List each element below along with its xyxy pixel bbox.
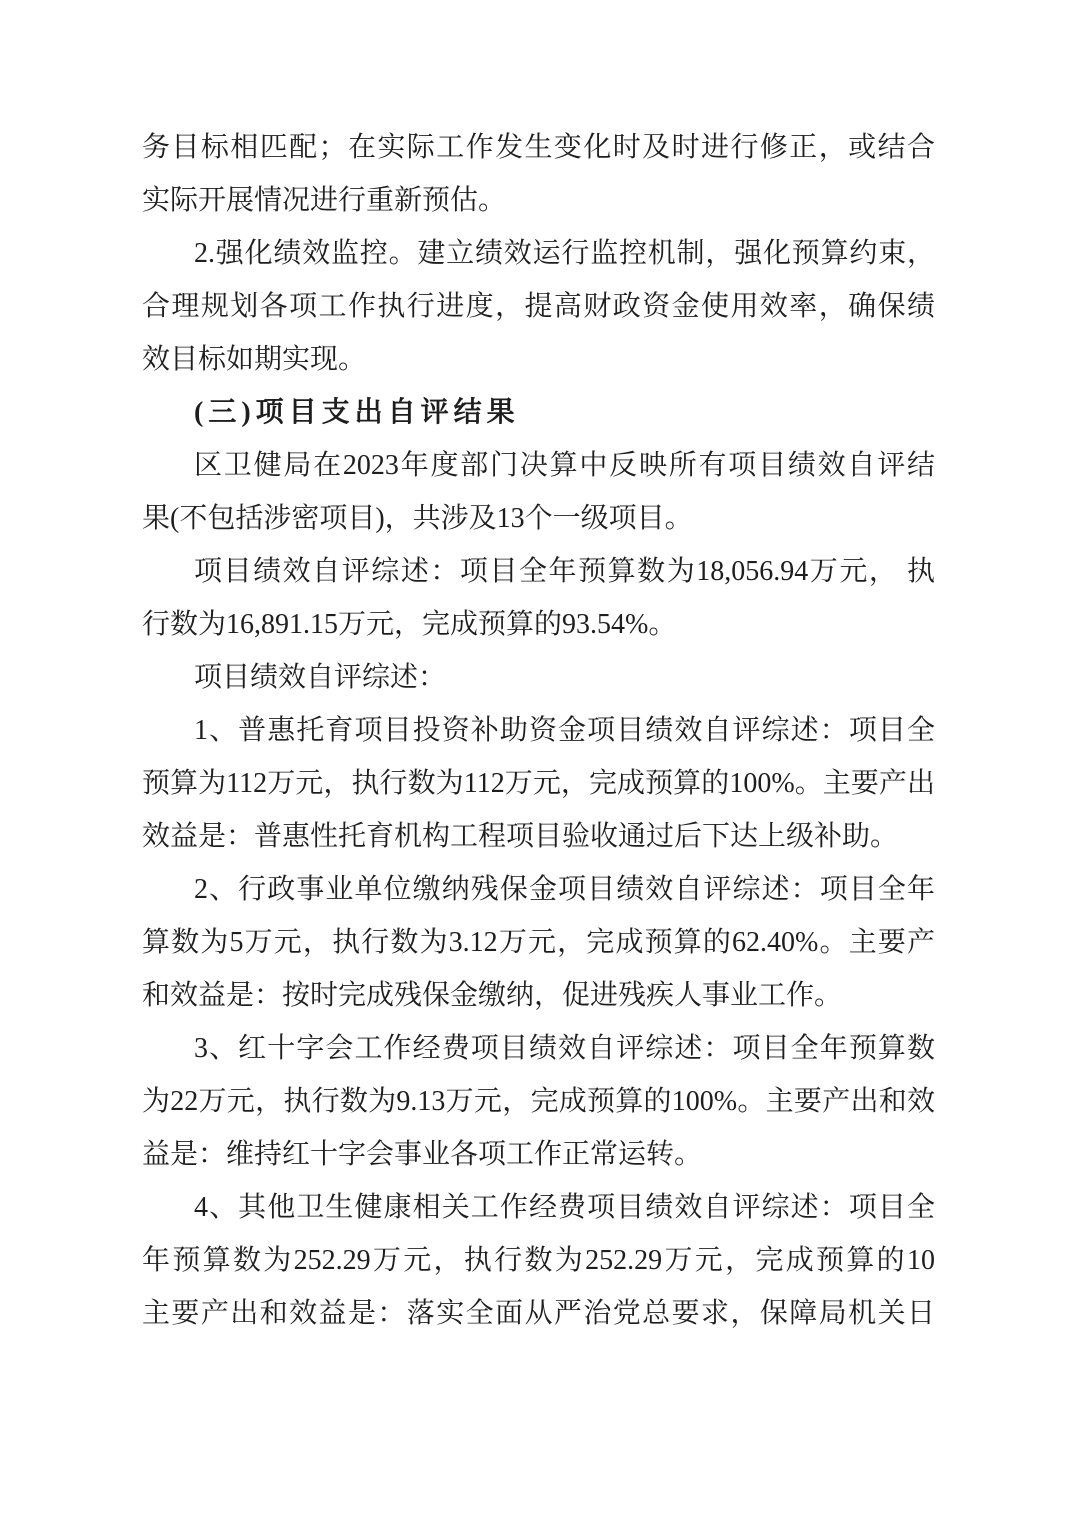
text-line: 项目绩效自评综述：项目全年预算数为18,056.94万元， 执 (142, 545, 935, 598)
text-line: 效目标如期实现。 (142, 333, 935, 386)
para-performance-target-revision: 务目标相匹配；在实际工作发生变化时及时进行修正，或结合实际开展情况进行重新预估。 (142, 121, 935, 227)
heading-project-expenditure-self-evaluation-results: (三)项目支出自评结果 (142, 386, 935, 439)
text-line: (三)项目支出自评结果 (142, 386, 935, 439)
text-line: 益是：维持红十字会事业各项工作正常运转。 (142, 1128, 935, 1181)
text-line: 1、普惠托育项目投资补助资金项目绩效自评综述：项目全年 (142, 704, 935, 757)
para-project-1-inclusive-childcare-subsidy: 1、普惠托育项目投资补助资金项目绩效自评综述：项目全年预算为112万元，执行数为… (142, 704, 935, 863)
text-line: 果(不包括涉密项目)，共涉及13个一级项目。 (142, 492, 935, 545)
text-line: 务目标相匹配；在实际工作发生变化时及时进行修正，或结合 (142, 121, 935, 174)
text-line: 算数为5万元，执行数为3.12万元，完成预算的62.40%。主要产出 (142, 916, 935, 969)
text-line: 合理规划各项工作执行进度，提高财政资金使用效率，确保绩 (142, 280, 935, 333)
para-projects-overview: 区卫健局在2023年度部门决算中反映所有项目绩效自评结果(不包括涉密项目)，共涉… (142, 439, 935, 545)
para-self-evaluation-summary-label: 项目绩效自评综述： (142, 651, 935, 704)
document-page: 务目标相匹配；在实际工作发生变化时及时进行修正，或结合实际开展情况进行重新预估。… (0, 0, 1074, 1520)
para-project-3-red-cross-work-funds: 3、红十字会工作经费项目绩效自评综述：项目全年预算数为22万元，执行数为9.13… (142, 1022, 935, 1181)
text-line: 和效益是：按时完成残保金缴纳，促进残疾人事业工作。 (142, 969, 935, 1022)
para-project-4-other-health-work-funds: 4、其他卫生健康相关工作经费项目绩效自评综述：项目全年预算数为252.29万元，… (142, 1181, 935, 1340)
text-line: 预算为112万元，执行数为112万元，完成预算的100%。主要产出和 (142, 757, 935, 810)
text-line: 区卫健局在2023年度部门决算中反映所有项目绩效自评结 (142, 439, 935, 492)
text-line: 行数为16,891.15万元，完成预算的93.54%。 (142, 598, 935, 651)
text-line: 2.强化绩效监控。建立绩效运行监控机制，强化预算约束， (142, 227, 935, 280)
text-line: 实际开展情况进行重新预估。 (142, 174, 935, 227)
text-line: 4、其他卫生健康相关工作经费项目绩效自评综述：项目全 (142, 1181, 935, 1234)
para-overall-self-evaluation-summary: 项目绩效自评综述：项目全年预算数为18,056.94万元， 执行数为16,891… (142, 545, 935, 651)
para-project-2-disability-security-fund: 2、行政事业单位缴纳残保金项目绩效自评综述：项目全年预算数为5万元，执行数为3.… (142, 863, 935, 1022)
text-line: 项目绩效自评综述： (142, 651, 935, 704)
text-line: 年预算数为252.29万元，执行数为252.29万元，完成预算的100%。 (142, 1234, 935, 1287)
para-strengthen-performance-monitoring: 2.强化绩效监控。建立绩效运行监控机制，强化预算约束，合理规划各项工作执行进度，… (142, 227, 935, 386)
text-line: 3、红十字会工作经费项目绩效自评综述：项目全年预算数 (142, 1022, 935, 1075)
text-line: 为22万元，执行数为9.13万元，完成预算的100%。主要产出和效 (142, 1075, 935, 1128)
text-line: 效益是：普惠性托育机构工程项目验收通过后下达上级补助。 (142, 810, 935, 863)
text-line: 主要产出和效益是：落实全面从严治党总要求，保障局机关日 (142, 1287, 935, 1340)
text-line: 2、行政事业单位缴纳残保金项目绩效自评综述：项目全年预 (142, 863, 935, 916)
document-body: 务目标相匹配；在实际工作发生变化时及时进行修正，或结合实际开展情况进行重新预估。… (142, 121, 935, 1340)
